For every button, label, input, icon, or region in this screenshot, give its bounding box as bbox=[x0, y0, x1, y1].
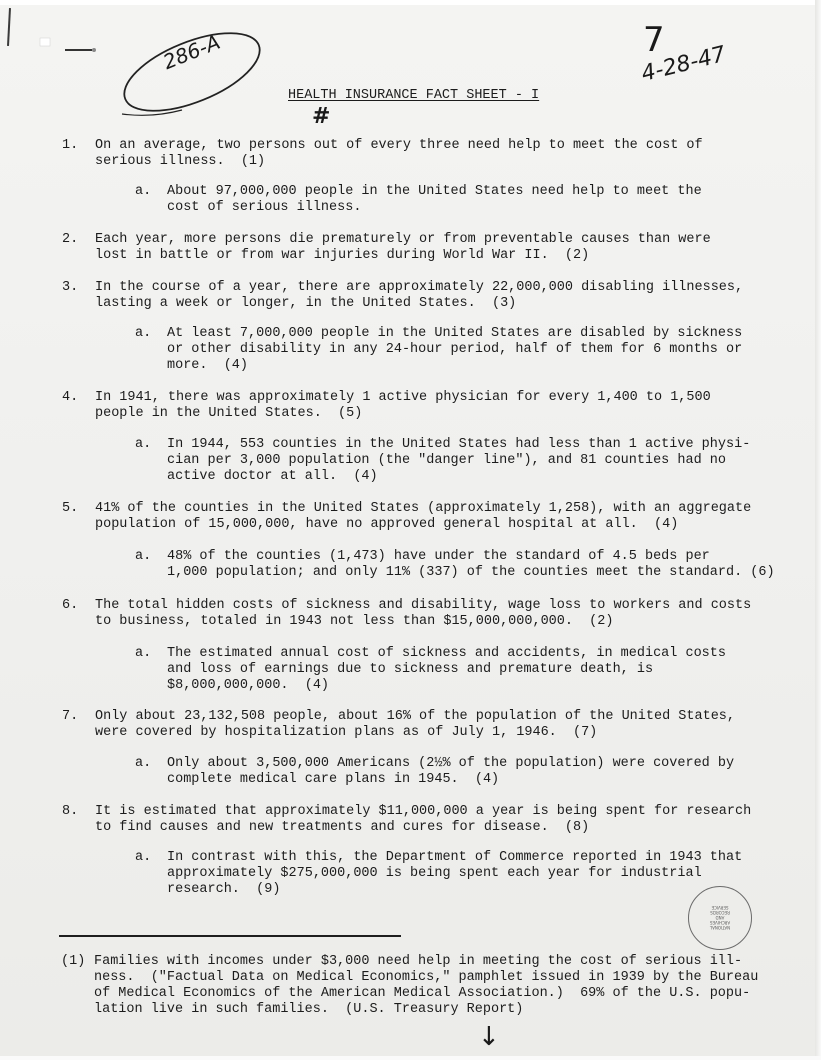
sub-item-text-line: The estimated annual cost of sickness an… bbox=[167, 646, 726, 662]
footnote-line: lation live in such families. (U.S. Trea… bbox=[94, 1002, 758, 1018]
sub-item-text-line: or other disability in any 24-hour perio… bbox=[167, 342, 742, 358]
page-title: HEALTH INSURANCE FACT SHEET - I bbox=[288, 88, 539, 103]
sub-item-label: a. bbox=[135, 437, 151, 453]
item-text-line: lost in battle or from war injuries duri… bbox=[95, 248, 711, 264]
sub-item-label: a. bbox=[135, 850, 151, 866]
sub-item-text-line: About 97,000,000 people in the United St… bbox=[167, 184, 702, 200]
item-number: 7. bbox=[62, 709, 78, 725]
item-text-line: 41% of the counties in the United States… bbox=[95, 501, 751, 517]
item-text-line: people in the United States. (5) bbox=[95, 406, 711, 422]
sub-item-text-line: more. (4) bbox=[167, 358, 742, 374]
sub-item-text-line: Only about 3,500,000 Americans (2½% of t… bbox=[167, 756, 734, 772]
sub-item-text-line: and loss of earnings due to sickness and… bbox=[167, 662, 726, 678]
sub-item-text-line: active doctor at all. (4) bbox=[167, 469, 750, 485]
stamp-line: ARCHIVES bbox=[710, 921, 730, 926]
item-text-line: serious illness. (1) bbox=[95, 154, 703, 170]
sub-item-text-line: In 1944, 553 counties in the United Stat… bbox=[167, 437, 750, 453]
sub-item-label: a. bbox=[135, 326, 151, 342]
item-text-line: In the course of a year, there are appro… bbox=[95, 280, 743, 296]
item-text: On an average, two persons out of every … bbox=[95, 138, 703, 170]
document-page: 286-A 7 4-28-47 HEALTH INSURANCE FACT SH… bbox=[0, 0, 821, 1060]
item-text: 41% of the counties in the United States… bbox=[95, 501, 751, 533]
item-text-line: In 1941, there was approximately 1 activ… bbox=[95, 390, 711, 406]
sub-item-text-line: $8,000,000,000. (4) bbox=[167, 678, 726, 694]
handwritten-page-number: 7 bbox=[643, 20, 665, 60]
item-text-line: lasting a week or longer, in the United … bbox=[95, 296, 743, 312]
footnote-line: of Medical Economics of the American Med… bbox=[94, 986, 758, 1002]
item-text-line: to business, totaled in 1943 not less th… bbox=[95, 614, 751, 630]
footnote-line: ness. ("Factual Data on Medical Economic… bbox=[94, 970, 758, 986]
item-text-line: The total hidden costs of sickness and d… bbox=[95, 598, 751, 614]
library-stamp: NATIONALARCHIVESANDRECORDSSERVICE bbox=[688, 886, 752, 950]
item-text: Only about 23,132,508 people, about 16% … bbox=[95, 709, 735, 741]
sub-item-text: At least 7,000,000 people in the United … bbox=[167, 326, 742, 374]
item-number: 3. bbox=[62, 280, 78, 296]
sub-item-text-line: cian per 3,000 population (the "danger l… bbox=[167, 453, 750, 469]
stamp-line: NATIONAL bbox=[710, 926, 730, 931]
item-number: 1. bbox=[62, 138, 78, 154]
circled-annotation bbox=[112, 22, 272, 122]
item-text-line: to find causes and new treatments and cu… bbox=[95, 820, 751, 836]
page-bottom-edge bbox=[0, 1056, 821, 1060]
page-fold-mark bbox=[7, 8, 11, 46]
sub-item-label: a. bbox=[135, 646, 151, 662]
sub-item-label: a. bbox=[135, 756, 151, 772]
item-text-line: Only about 23,132,508 people, about 16% … bbox=[95, 709, 735, 725]
item-text-line: It is estimated that approximately $11,0… bbox=[95, 804, 751, 820]
item-text-line: On an average, two persons out of every … bbox=[95, 138, 703, 154]
item-text: It is estimated that approximately $11,0… bbox=[95, 804, 751, 836]
page-right-edge bbox=[815, 0, 821, 1060]
sub-item-text: The estimated annual cost of sickness an… bbox=[167, 646, 726, 694]
item-text: In the course of a year, there are appro… bbox=[95, 280, 743, 312]
sub-item-text-line: 1,000 population; and only 11% (337) of … bbox=[167, 565, 775, 581]
footnote-divider bbox=[59, 935, 401, 937]
stamp-line: RECORDS bbox=[710, 911, 730, 916]
item-number: 8. bbox=[62, 804, 78, 820]
sub-item-text: Only about 3,500,000 Americans (2½% of t… bbox=[167, 756, 734, 788]
sub-item-text-line: cost of serious illness. bbox=[167, 200, 702, 216]
sub-item-label: a. bbox=[135, 184, 151, 200]
continuation-arrow-icon: ↓ bbox=[478, 1022, 500, 1052]
item-text: The total hidden costs of sickness and d… bbox=[95, 598, 751, 630]
sub-item-text-line: In contrast with this, the Department of… bbox=[167, 850, 742, 866]
sub-item-text-line: research. (9) bbox=[167, 882, 742, 898]
sub-item-text: In 1944, 553 counties in the United Stat… bbox=[167, 437, 750, 485]
sub-item-text-line: At least 7,000,000 people in the United … bbox=[167, 326, 742, 342]
sub-item-text: About 97,000,000 people in the United St… bbox=[167, 184, 702, 216]
stamp-line: SERVICE bbox=[710, 906, 730, 911]
item-number: 5. bbox=[62, 501, 78, 517]
footnote-line: Families with incomes under $3,000 need … bbox=[94, 954, 758, 970]
item-number: 2. bbox=[62, 232, 78, 248]
stamp-center-text: NATIONALARCHIVESANDRECORDSSERVICE bbox=[710, 906, 730, 931]
page-top-edge bbox=[0, 0, 821, 5]
sub-item-label: a. bbox=[135, 549, 151, 565]
item-text-line: were covered by hospitalization plans as… bbox=[95, 725, 735, 741]
item-text-line: Each year, more persons die prematurely … bbox=[95, 232, 711, 248]
item-number: 4. bbox=[62, 390, 78, 406]
item-text: Each year, more persons die prematurely … bbox=[95, 232, 711, 264]
hash-mark: # bbox=[312, 104, 330, 129]
item-text-line: population of 15,000,000, have no approv… bbox=[95, 517, 751, 533]
item-number: 6. bbox=[62, 598, 78, 614]
item-text: In 1941, there was approximately 1 activ… bbox=[95, 390, 711, 422]
sub-item-text: 48% of the counties (1,473) have under t… bbox=[167, 549, 775, 581]
staple-mark-icon bbox=[30, 30, 100, 70]
sub-item-text-line: 48% of the counties (1,473) have under t… bbox=[167, 549, 775, 565]
sub-item-text-line: complete medical care plans in 1945. (4) bbox=[167, 772, 734, 788]
sub-item-text-line: approximately $275,000,000 is being spen… bbox=[167, 866, 742, 882]
sub-item-text: In contrast with this, the Department of… bbox=[167, 850, 742, 898]
footnote-label: (1) bbox=[61, 954, 85, 970]
footnote-text: Families with incomes under $3,000 need … bbox=[94, 954, 758, 1018]
